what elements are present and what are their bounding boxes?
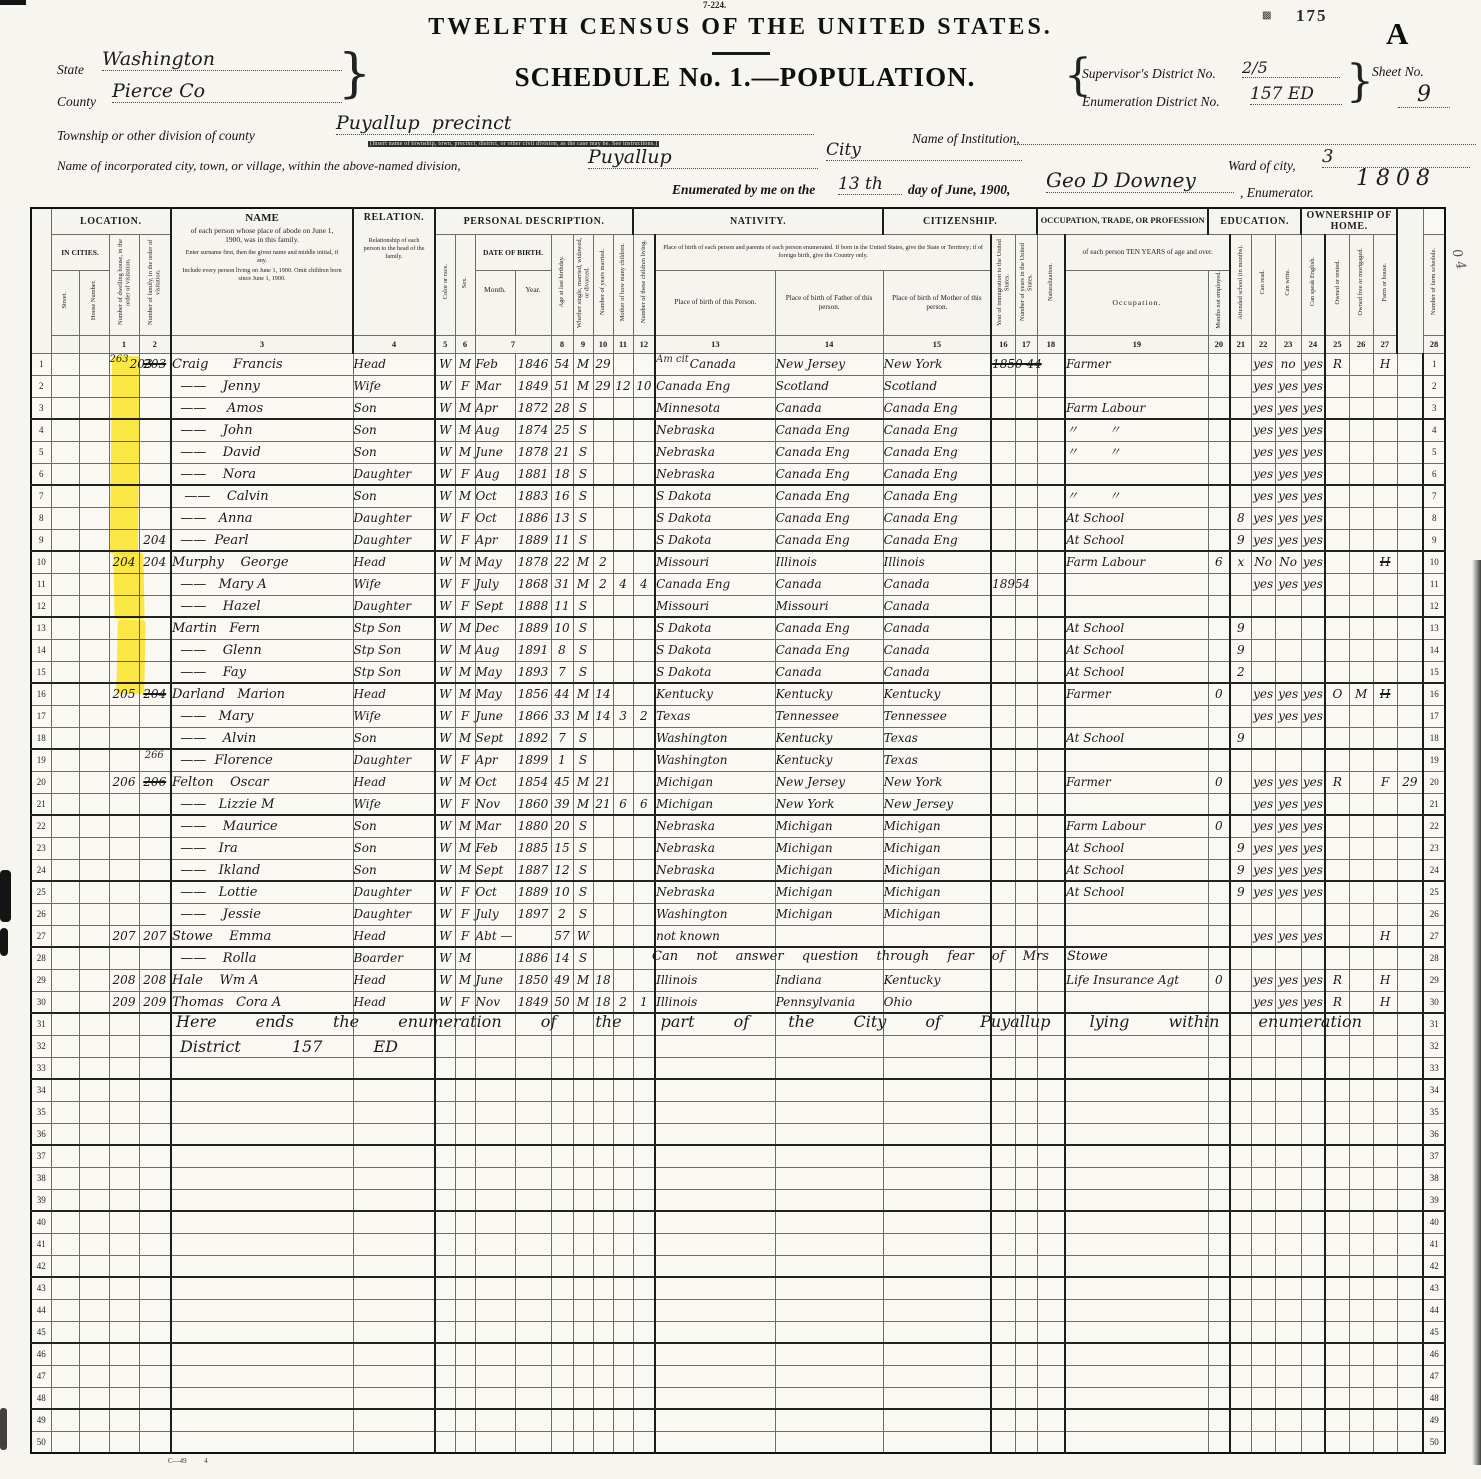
cell-months-unemployed bbox=[1208, 925, 1230, 947]
cell-color: W bbox=[435, 507, 455, 529]
cell-free-mortgaged: M bbox=[1349, 683, 1373, 705]
census-form-scan: { "header": { "form_no": "7-224.", "stam… bbox=[0, 0, 1481, 1479]
cell-marital-status: S bbox=[573, 441, 593, 463]
row-number-left: 35 bbox=[31, 1101, 51, 1123]
cell-birth-month bbox=[475, 1123, 515, 1145]
cell-attended-school bbox=[1230, 573, 1251, 595]
cell-name: —— Glenn bbox=[171, 639, 353, 661]
cell-birth-year: 1856 bbox=[515, 683, 551, 705]
row-number-left: 14 bbox=[31, 639, 51, 661]
cell-birth-year: 1846 bbox=[515, 353, 551, 375]
cell-owned-rented bbox=[1325, 1299, 1349, 1321]
yellow-highlight-3 bbox=[116, 620, 146, 695]
cell-children-living bbox=[633, 1233, 655, 1255]
city-extra-value: City bbox=[826, 140, 1022, 161]
cell-farm-house bbox=[1373, 595, 1397, 617]
cell-relation: Daughter bbox=[353, 507, 435, 529]
cell-months-unemployed bbox=[1208, 397, 1230, 419]
cell-mother-of-children: 6 bbox=[613, 793, 633, 815]
cell-dwelling-number bbox=[109, 815, 139, 837]
cell-mother-of-children: 12 bbox=[613, 375, 633, 397]
cell-mother-of-children bbox=[613, 397, 633, 419]
cell-can-write bbox=[1275, 1299, 1301, 1321]
cell-free-mortgaged bbox=[1349, 1167, 1373, 1189]
cell-naturalization bbox=[1037, 1123, 1065, 1145]
cell-relation bbox=[353, 1387, 435, 1409]
state-county-brace: } bbox=[338, 44, 371, 104]
cell-birth-year: 1886 bbox=[515, 947, 551, 969]
cell-naturalization bbox=[1037, 1343, 1065, 1365]
cell-farm-schedule bbox=[1397, 1277, 1423, 1299]
cell-free-mortgaged bbox=[1349, 793, 1373, 815]
cell-years-married bbox=[593, 903, 613, 925]
cell-house-number bbox=[79, 1233, 109, 1255]
cell-years-in-us bbox=[1015, 1321, 1037, 1343]
cell-can-read bbox=[1251, 1079, 1275, 1101]
cell-occupation: At School bbox=[1065, 617, 1208, 639]
row-number-left: 2 bbox=[31, 375, 51, 397]
cell-can-speak-english bbox=[1301, 639, 1325, 661]
row-number-left: 31 bbox=[31, 1013, 51, 1035]
cell-occupation bbox=[1065, 1167, 1208, 1189]
cell-mother-of-children bbox=[613, 837, 633, 859]
cell-mother-birthplace: Kentucky bbox=[883, 683, 991, 705]
cell-can-speak-english bbox=[1301, 1277, 1325, 1299]
cell-birth-month: Oct bbox=[475, 507, 515, 529]
cell-family-number bbox=[139, 1387, 171, 1409]
row-number-left: 36 bbox=[31, 1123, 51, 1145]
cell-age: 28 bbox=[551, 397, 573, 419]
cell-marital-status: S bbox=[573, 463, 593, 485]
cell-owned-rented bbox=[1325, 1255, 1349, 1277]
cell-free-mortgaged bbox=[1349, 661, 1373, 683]
ward-label: Ward of city, bbox=[1228, 158, 1296, 174]
cell-months-unemployed bbox=[1208, 1101, 1230, 1123]
cell-can-read bbox=[1251, 1211, 1275, 1233]
cell-naturalization bbox=[1037, 859, 1065, 881]
cell-can-speak-english: yes bbox=[1301, 969, 1325, 991]
cell-birth-month: Mar bbox=[475, 815, 515, 837]
cell-mother-birthplace: Canada bbox=[883, 661, 991, 683]
cell-father-birthplace: Canada bbox=[775, 397, 883, 419]
col26-free-mortgaged-header: Owned free or mortgaged. bbox=[1349, 234, 1373, 335]
row-number-left: 9 bbox=[31, 529, 51, 551]
row-number-left: 16 bbox=[31, 683, 51, 705]
cell-mother-birthplace bbox=[883, 1211, 991, 1233]
cell-occupation: Farmer bbox=[1065, 683, 1208, 705]
cell-mother-of-children bbox=[613, 1277, 633, 1299]
cell-father-birthplace bbox=[775, 1431, 883, 1453]
cell-months-unemployed bbox=[1208, 1365, 1230, 1387]
cell-attended-school bbox=[1230, 1409, 1251, 1431]
cell-free-mortgaged bbox=[1349, 1431, 1373, 1453]
cell-family-number: 266 bbox=[139, 749, 171, 771]
cell-farm-schedule bbox=[1397, 1431, 1423, 1453]
cell-mother-of-children bbox=[613, 639, 633, 661]
cell-birth-month: Abt — bbox=[475, 925, 515, 947]
cell-immigration-year bbox=[991, 1167, 1015, 1189]
cell-months-unemployed bbox=[1208, 419, 1230, 441]
row-number-right: 38 bbox=[1423, 1167, 1445, 1189]
group-ownership: OWNERSHIP OF HOME. bbox=[1301, 208, 1397, 234]
cell-attended-school bbox=[1230, 1233, 1251, 1255]
colnum-13: 13 bbox=[655, 335, 775, 353]
cell-family-number bbox=[139, 1079, 171, 1101]
cell-years-in-us bbox=[1015, 991, 1037, 1013]
cell-relation: Daughter bbox=[353, 749, 435, 771]
cell-children-living bbox=[633, 1079, 655, 1101]
cell-farm-house bbox=[1373, 837, 1397, 859]
cell-months-unemployed bbox=[1208, 1299, 1230, 1321]
cell-place-of-birth: not known bbox=[655, 925, 775, 947]
cell-marital-status bbox=[573, 1409, 593, 1431]
cell-street bbox=[51, 969, 79, 991]
cell-farm-schedule bbox=[1397, 683, 1423, 705]
cell-years-married bbox=[593, 1343, 613, 1365]
cell-free-mortgaged bbox=[1349, 1255, 1373, 1277]
cell-can-speak-english: yes bbox=[1301, 793, 1325, 815]
cell-house-number bbox=[79, 463, 109, 485]
cell-mother-birthplace: New York bbox=[883, 353, 991, 375]
cell-age: 13 bbox=[551, 507, 573, 529]
cell-immigration-year bbox=[991, 661, 1015, 683]
cell-house-number bbox=[79, 1277, 109, 1299]
cell-naturalization bbox=[1037, 463, 1065, 485]
cell-children-living: 10 bbox=[633, 375, 655, 397]
cell-farm-schedule bbox=[1397, 1255, 1423, 1277]
cell-months-unemployed bbox=[1208, 595, 1230, 617]
cell-immigration-year bbox=[991, 617, 1015, 639]
cell-farm-house bbox=[1373, 1145, 1397, 1167]
cell-place-of-birth bbox=[655, 1057, 775, 1079]
cell-color bbox=[435, 1167, 455, 1189]
row-number-right: 50 bbox=[1423, 1431, 1445, 1453]
cell-children-living bbox=[633, 441, 655, 463]
cell-mother-birthplace bbox=[883, 1035, 991, 1057]
cell-relation: Daughter bbox=[353, 463, 435, 485]
cell-years-married bbox=[593, 881, 613, 903]
cell-farm-schedule bbox=[1397, 815, 1423, 837]
cell-street bbox=[51, 1321, 79, 1343]
cell-color: W bbox=[435, 375, 455, 397]
cell-birth-month: July bbox=[475, 573, 515, 595]
cell-years-in-us bbox=[1015, 529, 1037, 551]
cell-naturalization bbox=[1037, 1035, 1065, 1057]
cell-immigration-year bbox=[991, 1321, 1015, 1343]
cell-free-mortgaged bbox=[1349, 1409, 1373, 1431]
in-cities-header: IN CITIES. bbox=[51, 234, 109, 270]
scan-edge-blot-2 bbox=[0, 928, 8, 956]
cell-street bbox=[51, 727, 79, 749]
cell-family-number bbox=[139, 441, 171, 463]
cell-name: —— Florence bbox=[171, 749, 353, 771]
cell-color bbox=[435, 1431, 455, 1453]
row-number-left: 50 bbox=[31, 1431, 51, 1453]
cell-years-in-us bbox=[1015, 815, 1037, 837]
cell-birth-year bbox=[515, 1123, 551, 1145]
cell-months-unemployed bbox=[1208, 1431, 1230, 1453]
cell-birth-month: Sept bbox=[475, 727, 515, 749]
colnum-house bbox=[79, 335, 109, 353]
cell-father-birthplace bbox=[775, 1365, 883, 1387]
cell-sex bbox=[455, 1299, 475, 1321]
cell-marital-status: M bbox=[573, 771, 593, 793]
cell-can-write bbox=[1275, 661, 1301, 683]
cell-farm-house bbox=[1373, 507, 1397, 529]
cell-age: 10 bbox=[551, 881, 573, 903]
cell-color: W bbox=[435, 463, 455, 485]
cell-place-of-birth bbox=[655, 1101, 775, 1123]
cell-free-mortgaged bbox=[1349, 1189, 1373, 1211]
cell-can-speak-english: yes bbox=[1301, 881, 1325, 903]
cell-children-living bbox=[633, 1409, 655, 1431]
relation-title: RELATION. bbox=[354, 209, 434, 223]
cell-birth-month bbox=[475, 1255, 515, 1277]
cell-can-write: yes bbox=[1275, 507, 1301, 529]
cell-dwelling-number bbox=[109, 1409, 139, 1431]
cell-can-speak-english bbox=[1301, 1123, 1325, 1145]
cell-mother-birthplace: Scotland bbox=[883, 375, 991, 397]
cell-sex: M bbox=[455, 617, 475, 639]
cell-place-of-birth: Canada Eng bbox=[655, 573, 775, 595]
row-number-right: 30 bbox=[1423, 991, 1445, 1013]
cell-can-read bbox=[1251, 749, 1275, 771]
cell-farm-house: H bbox=[1373, 925, 1397, 947]
row-number-right: 42 bbox=[1423, 1255, 1445, 1277]
cell-place-of-birth: Washington bbox=[655, 749, 775, 771]
cell-can-write: yes bbox=[1275, 441, 1301, 463]
cell-naturalization bbox=[1037, 793, 1065, 815]
cell-attended-school bbox=[1230, 485, 1251, 507]
cell-farm-house: H bbox=[1373, 991, 1397, 1013]
cell-farm-schedule bbox=[1397, 705, 1423, 727]
cell-owned-rented bbox=[1325, 1057, 1349, 1079]
cell-occupation bbox=[1065, 1057, 1208, 1079]
cell-place-of-birth bbox=[655, 1431, 775, 1453]
cell-relation bbox=[353, 1343, 435, 1365]
cell-color: W bbox=[435, 441, 455, 463]
cell-farm-schedule bbox=[1397, 969, 1423, 991]
cell-farm-schedule: 29 bbox=[1397, 771, 1423, 793]
cell-months-unemployed bbox=[1208, 1343, 1230, 1365]
cell-sex bbox=[455, 1321, 475, 1343]
cell-months-unemployed bbox=[1208, 793, 1230, 815]
cell-owned-rented bbox=[1325, 1387, 1349, 1409]
cell-sex: M bbox=[455, 947, 475, 969]
cell-family-number: 208 bbox=[139, 969, 171, 991]
cell-owned-rented bbox=[1325, 837, 1349, 859]
cell-owned-rented bbox=[1325, 1145, 1349, 1167]
cell-years-in-us bbox=[1015, 771, 1037, 793]
cell-immigration-year bbox=[991, 903, 1015, 925]
cell-mother-birthplace: Canada Eng bbox=[883, 463, 991, 485]
cell-years-married bbox=[593, 485, 613, 507]
cell-mother-birthplace: Kentucky bbox=[883, 969, 991, 991]
cell-children-living: 1 bbox=[633, 991, 655, 1013]
cell-years-married bbox=[593, 639, 613, 661]
cell-house-number bbox=[79, 661, 109, 683]
cell-owned-rented bbox=[1325, 661, 1349, 683]
cell-name: —— Jenny bbox=[171, 375, 353, 397]
cell-children-living bbox=[633, 1343, 655, 1365]
cell-age bbox=[551, 1233, 573, 1255]
cell-months-unemployed bbox=[1208, 1123, 1230, 1145]
cell-can-speak-english bbox=[1301, 661, 1325, 683]
cell-attended-school bbox=[1230, 815, 1251, 837]
cell-immigration-year bbox=[991, 441, 1015, 463]
col11-mother-of-header: Mother of how many children. bbox=[613, 234, 633, 335]
cell-family-number: 207 bbox=[139, 925, 171, 947]
cell-marital-status: M bbox=[573, 991, 593, 1013]
cell-sex: M bbox=[455, 441, 475, 463]
cell-free-mortgaged bbox=[1349, 771, 1373, 793]
colnum-15: 15 bbox=[883, 335, 991, 353]
cell-can-read bbox=[1251, 661, 1275, 683]
cell-years-married: 29 bbox=[593, 353, 613, 375]
cell-years-married bbox=[593, 661, 613, 683]
cell-relation: Son bbox=[353, 837, 435, 859]
cell-immigration-year bbox=[991, 1343, 1015, 1365]
cell-birth-year: 1868 bbox=[515, 573, 551, 595]
cell-father-birthplace: Michigan bbox=[775, 881, 883, 903]
cell-color: W bbox=[435, 617, 455, 639]
cell-farm-schedule bbox=[1397, 749, 1423, 771]
cell-mother-birthplace: Texas bbox=[883, 727, 991, 749]
cell-birth-month bbox=[475, 1343, 515, 1365]
cell-sex: F bbox=[455, 749, 475, 771]
cell-can-write: yes bbox=[1275, 683, 1301, 705]
row-number-right: 6 bbox=[1423, 463, 1445, 485]
cell-free-mortgaged bbox=[1349, 595, 1373, 617]
cell-attended-school bbox=[1230, 969, 1251, 991]
cell-father-birthplace bbox=[775, 1255, 883, 1277]
cell-house-number bbox=[79, 793, 109, 815]
cell-mother-birthplace: Canada Eng bbox=[883, 485, 991, 507]
cell-can-speak-english bbox=[1301, 1299, 1325, 1321]
cell-occupation bbox=[1065, 573, 1208, 595]
row-number-left: 22 bbox=[31, 815, 51, 837]
cell-years-in-us bbox=[1015, 1343, 1037, 1365]
cell-immigration-year bbox=[991, 551, 1015, 573]
cell-occupation bbox=[1065, 1387, 1208, 1409]
cell-marital-status: S bbox=[573, 485, 593, 507]
cell-birth-year bbox=[515, 1431, 551, 1453]
cell-sex bbox=[455, 1079, 475, 1101]
cell-mother-birthplace: Canada Eng bbox=[883, 441, 991, 463]
cell-dwelling-number bbox=[109, 727, 139, 749]
cell-years-married bbox=[593, 1123, 613, 1145]
cell-color bbox=[435, 1123, 455, 1145]
cell-years-in-us bbox=[1015, 705, 1037, 727]
cell-can-speak-english bbox=[1301, 749, 1325, 771]
cell-children-living bbox=[633, 353, 655, 375]
cell-place-of-birth: Nebraska bbox=[655, 881, 775, 903]
cell-marital-status bbox=[573, 1167, 593, 1189]
cell-house-number bbox=[79, 837, 109, 859]
cell-can-read: yes bbox=[1251, 969, 1275, 991]
enumerator-label: , Enumerator. bbox=[1240, 185, 1314, 201]
cell-age: 54 bbox=[551, 353, 573, 375]
cell-months-unemployed bbox=[1208, 1321, 1230, 1343]
cell-relation: Head bbox=[353, 771, 435, 793]
cell-can-speak-english: yes bbox=[1301, 419, 1325, 441]
colnum-1: 1 bbox=[109, 335, 139, 353]
cell-sex: M bbox=[455, 419, 475, 441]
cell-can-write bbox=[1275, 1387, 1301, 1409]
row-number-right: 10 bbox=[1423, 551, 1445, 573]
cell-owned-rented bbox=[1325, 463, 1349, 485]
cell-birth-month bbox=[475, 1189, 515, 1211]
nativity-desc: Place of birth of each person and parent… bbox=[655, 234, 991, 270]
cell-can-speak-english: yes bbox=[1301, 529, 1325, 551]
cell-can-write bbox=[1275, 727, 1301, 749]
cell-color bbox=[435, 1321, 455, 1343]
cell-attended-school bbox=[1230, 1079, 1251, 1101]
row-number-left: 28 bbox=[31, 947, 51, 969]
cell-house-number bbox=[79, 947, 109, 969]
cell-birth-year: 1874 bbox=[515, 419, 551, 441]
cell-farm-schedule bbox=[1397, 1013, 1423, 1035]
cell-attended-school bbox=[1230, 793, 1251, 815]
cell-color: W bbox=[435, 947, 455, 969]
row-number-left: 1 bbox=[31, 353, 51, 375]
cell-mother-of-children bbox=[613, 727, 633, 749]
row-number-left: 37 bbox=[31, 1145, 51, 1167]
cell-years-in-us bbox=[1015, 1409, 1037, 1431]
cell-sex bbox=[455, 1365, 475, 1387]
cell-owned-rented bbox=[1325, 485, 1349, 507]
cell-mother-birthplace bbox=[883, 1343, 991, 1365]
name-instruction2: Include every person living on June 1, 1… bbox=[172, 266, 352, 284]
scan-edge-blot-1 bbox=[0, 870, 11, 922]
cell-occupation bbox=[1065, 463, 1208, 485]
cell-farm-house bbox=[1373, 815, 1397, 837]
cell-mother-birthplace: Michigan bbox=[883, 859, 991, 881]
cell-birth-month: Oct bbox=[475, 771, 515, 793]
cell-color: W bbox=[435, 771, 455, 793]
cell-farm-house bbox=[1373, 661, 1397, 683]
cell-immigration-year bbox=[991, 1255, 1015, 1277]
row28-nativity-note: Can not answer question through fear of … bbox=[652, 949, 1108, 964]
cell-house-number bbox=[79, 551, 109, 573]
cell-months-unemployed bbox=[1208, 881, 1230, 903]
cell-name bbox=[171, 1365, 353, 1387]
cell-color bbox=[435, 1365, 455, 1387]
cell-owned-rented bbox=[1325, 551, 1349, 573]
cell-name: —— Maurice bbox=[171, 815, 353, 837]
cell-mother-birthplace bbox=[883, 1189, 991, 1211]
state-label: State bbox=[57, 62, 84, 78]
cell-family-number bbox=[139, 1167, 171, 1189]
cell-birth-year bbox=[515, 1299, 551, 1321]
cell-street bbox=[51, 749, 79, 771]
cell-mother-of-children bbox=[613, 1123, 633, 1145]
cell-place-of-birth: Canada Eng bbox=[655, 375, 775, 397]
cell-relation: Wife bbox=[353, 793, 435, 815]
col24-can-speak-english-header: Can speak English. bbox=[1301, 234, 1325, 335]
cell-naturalization bbox=[1037, 1101, 1065, 1123]
colnum-18: 18 bbox=[1037, 335, 1065, 353]
cell-place-of-birth bbox=[655, 1167, 775, 1189]
cell-birth-year: 1897 bbox=[515, 903, 551, 925]
row-number-right: 31 bbox=[1423, 1013, 1445, 1035]
cell-sex bbox=[455, 1277, 475, 1299]
cell-immigration-year bbox=[991, 1123, 1015, 1145]
row-number-right: 12 bbox=[1423, 595, 1445, 617]
cell-name: —— Mary A bbox=[171, 573, 353, 595]
cell-age: 7 bbox=[551, 661, 573, 683]
cell-can-speak-english bbox=[1301, 903, 1325, 925]
